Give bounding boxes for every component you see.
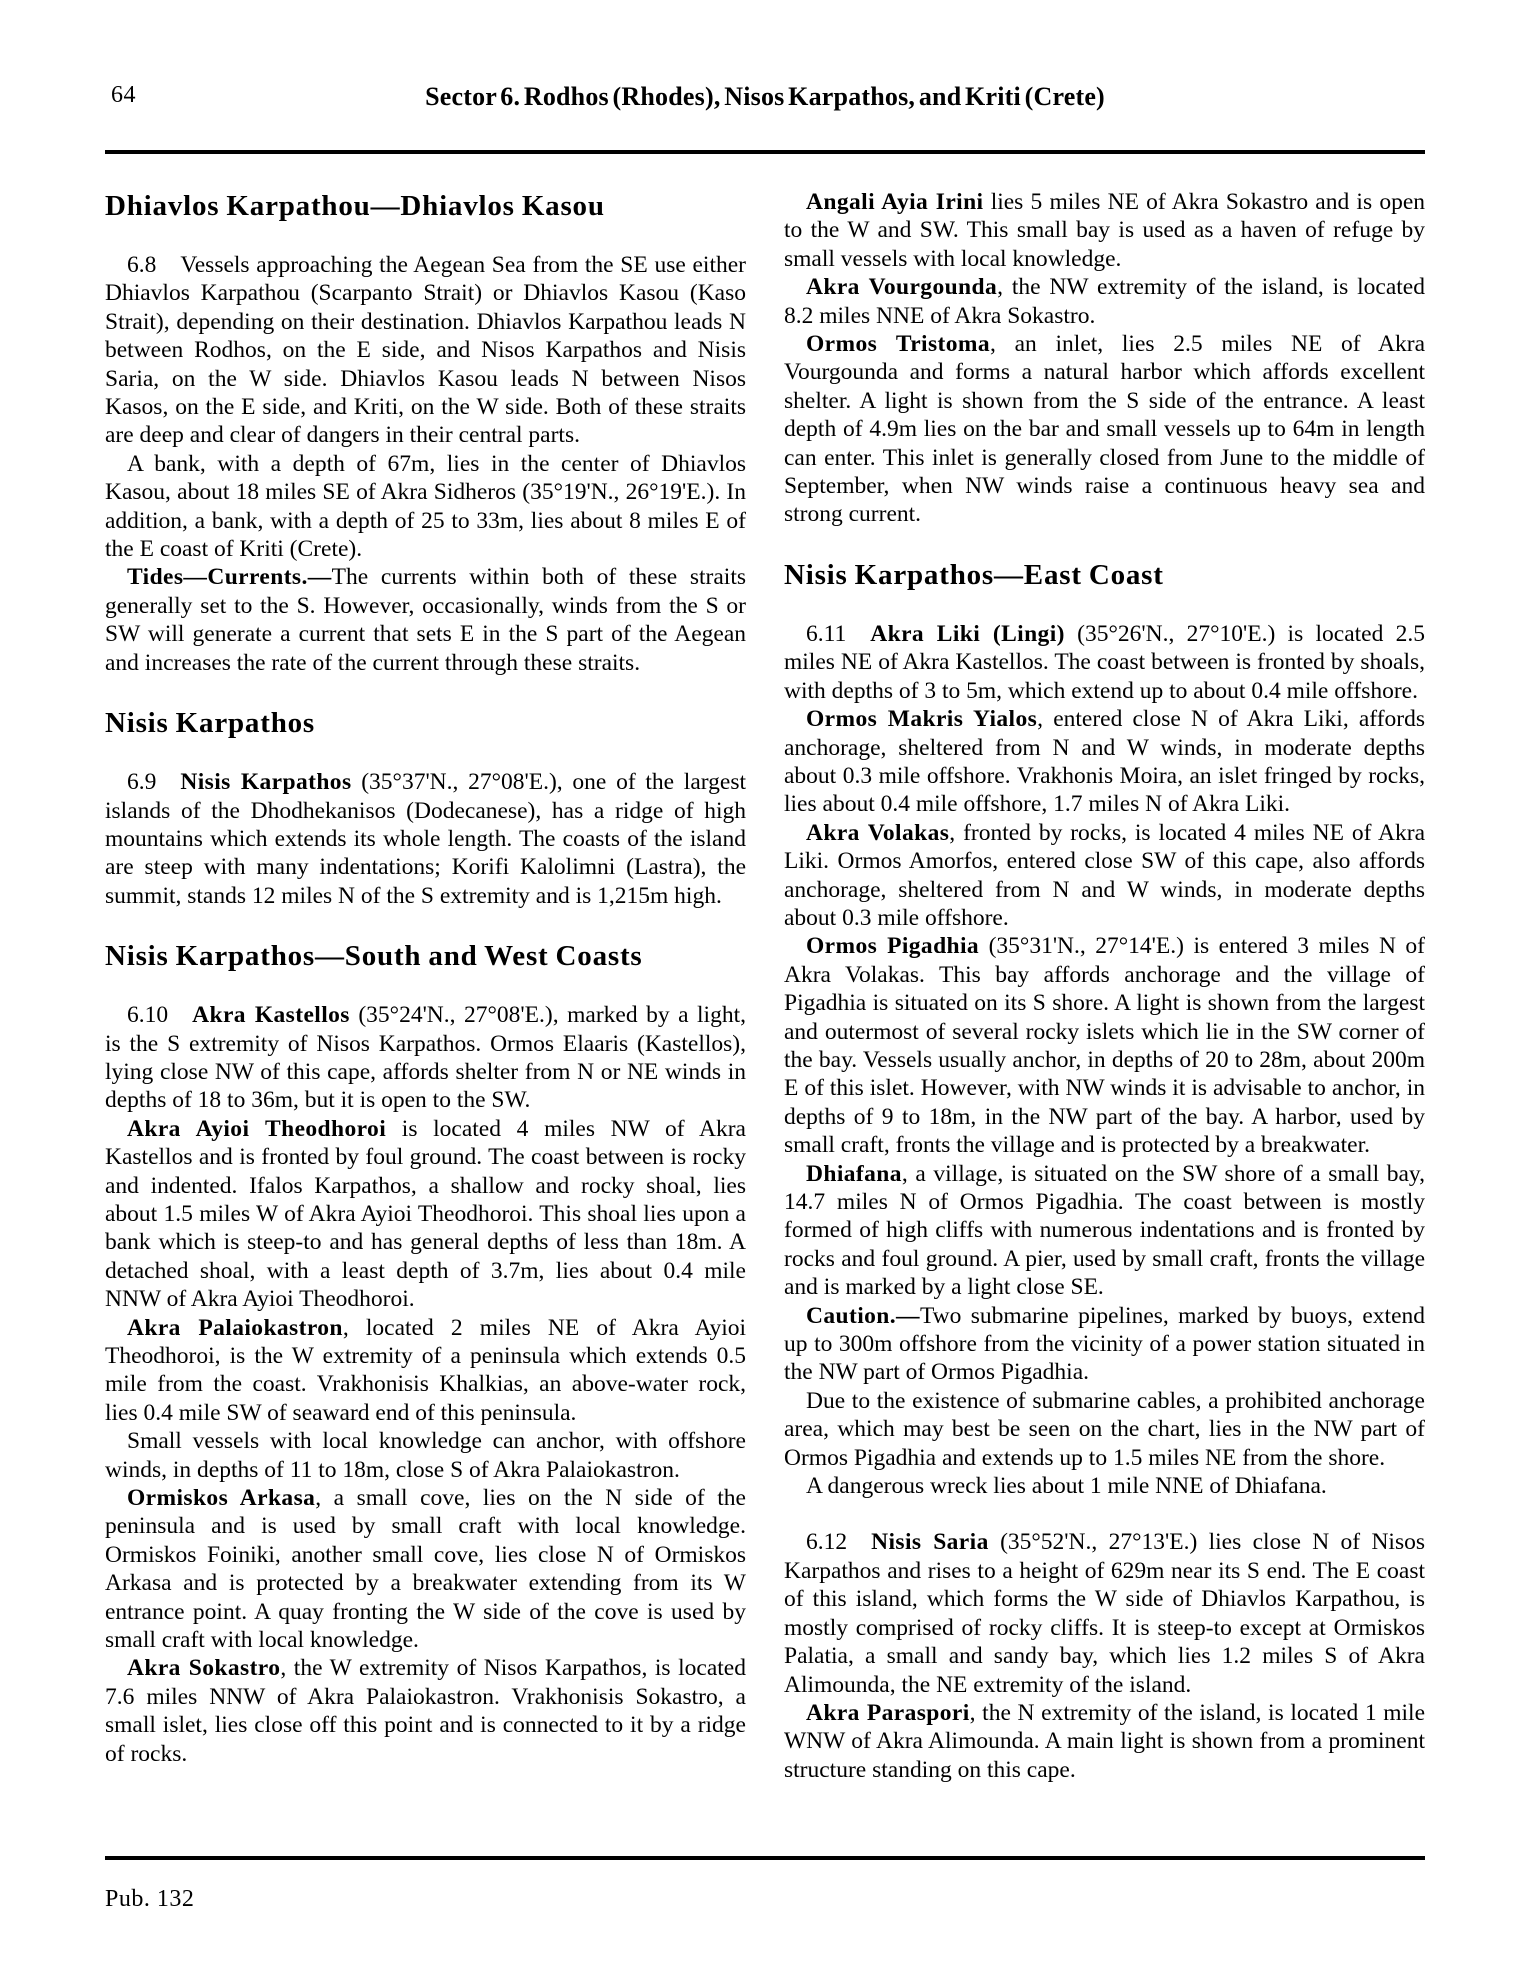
feature-name: Akra Volakas — [806, 820, 949, 846]
publication-number: Pub. 132 — [105, 1886, 1425, 1913]
document-page: 64 Sector 6. Rodhos (Rhodes), Nisos Karp… — [0, 0, 1530, 1980]
feature-name: Nisis Saria — [871, 1529, 989, 1555]
paragraph: Akra Ayioi Theodhoroi is located 4 miles… — [105, 1115, 746, 1314]
paragraph: Small vessels with local knowledge can a… — [105, 1427, 746, 1484]
paragraph-number: 6.12 — [806, 1529, 847, 1555]
feature-name: Ormos Tristoma — [806, 331, 990, 357]
feature-name: Dhiafana — [806, 1161, 902, 1187]
paragraph: Dhiafana, a village, is situated on the … — [784, 1160, 1425, 1302]
paragraph: Tides—Currents.—The currents within both… — [105, 563, 746, 677]
feature-name: Akra Sokastro — [127, 1655, 280, 1681]
paragraph: Ormos Makris Yialos, entered close N of … — [784, 705, 1425, 819]
paragraph: 6.8Vessels approaching the Aegean Sea fr… — [105, 251, 746, 450]
feature-name: Caution.— — [806, 1303, 920, 1329]
paragraph: A dangerous wreck lies about 1 mile NNE … — [784, 1472, 1425, 1500]
feature-name: Akra Kastellos — [192, 1002, 350, 1028]
feature-name: Akra Vourgounda — [806, 274, 997, 300]
page-footer: Pub. 132 — [105, 1856, 1425, 1913]
page-title: Sector 6. Rodhos (Rhodes), Nisos Karpath… — [105, 82, 1425, 112]
footer-rule — [105, 1856, 1425, 1860]
paragraph: 6.10Akra Kastellos (35°24'N., 27°08'E.),… — [105, 1001, 746, 1115]
paragraph-number: 6.11 — [806, 621, 846, 647]
paragraph-number: 6.9 — [127, 769, 156, 795]
feature-name: Angali Ayia Irini — [806, 189, 983, 215]
right-column: Angali Ayia Irini lies 5 miles NE of Akr… — [784, 188, 1425, 1784]
paragraph: Due to the existence of submarine cables… — [784, 1387, 1425, 1472]
feature-name: Ormos Makris Yialos — [806, 706, 1037, 732]
paragraph: Akra Sokastro, the W extremity of Nisos … — [105, 1654, 746, 1768]
paragraph: Ormos Pigadhia (35°31'N., 27°14'E.) is e… — [784, 932, 1425, 1159]
feature-name: Akra Ayioi Theodhoroi — [127, 1116, 386, 1142]
paragraph-number: 6.8 — [127, 252, 156, 278]
paragraph: 6.11Akra Liki (Lingi) (35°26'N., 27°10'E… — [784, 620, 1425, 705]
paragraph: Akra Vourgounda, the NW extremity of the… — [784, 273, 1425, 330]
paragraph: Akra Palaiokastron, located 2 miles NE o… — [105, 1314, 746, 1428]
feature-name: Nisis Karpathos — [180, 769, 351, 795]
paragraph: Angali Ayia Irini lies 5 miles NE of Akr… — [784, 188, 1425, 273]
paragraph: Ormiskos Arkasa, a small cove, lies on t… — [105, 1484, 746, 1654]
paragraph: 6.9Nisis Karpathos (35°37'N., 27°08'E.),… — [105, 768, 746, 910]
text-columns: Dhiavlos Karpathou—Dhiavlos Kasou6.8Vess… — [105, 188, 1425, 1784]
feature-name: Akra Liki (Lingi) — [870, 621, 1065, 647]
paragraph-number: 6.10 — [127, 1002, 168, 1028]
section-heading: Nisis Karpathos—East Coast — [784, 559, 1425, 592]
page-header: 64 Sector 6. Rodhos (Rhodes), Nisos Karp… — [105, 82, 1425, 116]
feature-name: Tides—Currents.— — [127, 564, 332, 590]
paragraph: A bank, with a depth of 67m, lies in the… — [105, 450, 746, 564]
section-heading: Nisis Karpathos — [105, 707, 746, 740]
feature-name: Ormos Pigadhia — [806, 933, 979, 959]
feature-name: Ormiskos Arkasa — [127, 1485, 315, 1511]
header-rule — [105, 150, 1425, 154]
paragraph: Caution.—Two submarine pipelines, marked… — [784, 1302, 1425, 1387]
paragraph: Akra Volakas, fronted by rocks, is locat… — [784, 819, 1425, 933]
paragraph: Ormos Tristoma, an inlet, lies 2.5 miles… — [784, 330, 1425, 529]
feature-name: Akra Paraspori — [806, 1700, 970, 1726]
paragraph: 6.12Nisis Saria (35°52'N., 27°13'E.) lie… — [784, 1528, 1425, 1698]
feature-name: Akra Palaiokastron — [127, 1315, 343, 1341]
section-heading: Dhiavlos Karpathou—Dhiavlos Kasou — [105, 190, 746, 223]
paragraph: Akra Paraspori, the N extremity of the i… — [784, 1699, 1425, 1784]
section-heading: Nisis Karpathos—South and West Coasts — [105, 940, 746, 973]
left-column: Dhiavlos Karpathou—Dhiavlos Kasou6.8Vess… — [105, 188, 746, 1784]
